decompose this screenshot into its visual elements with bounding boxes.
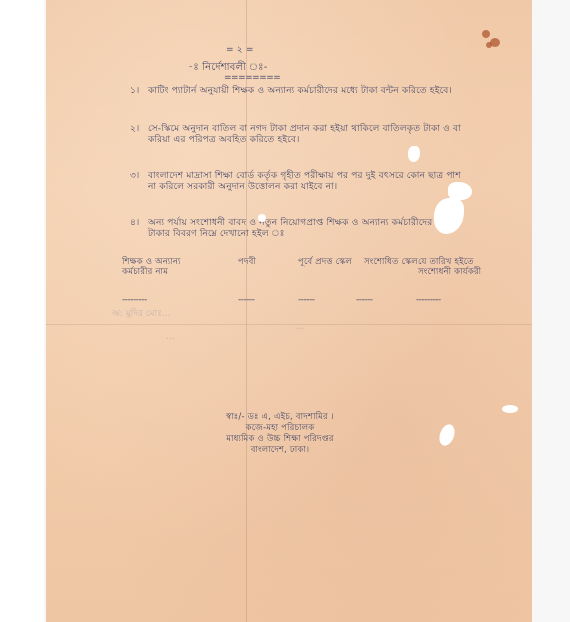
- page-number: = ২ =: [226, 45, 254, 56]
- instruction-item: ৪। অন্য পর্যায় সংশোধনী বাবদ ও নতুন নিয়…: [130, 218, 470, 254]
- item-number: ১।: [130, 86, 139, 97]
- handwritten-bleed-through: ...: [166, 332, 175, 342]
- item-number: ৩।: [130, 171, 139, 182]
- fold-crease-horizontal: [46, 324, 532, 325]
- table-dash-line: ------: [298, 295, 315, 306]
- item-number: ৪।: [130, 218, 139, 229]
- paper-hole: [437, 422, 458, 447]
- document-heading: -ঃ নির্দেশাবলী ঃ-: [188, 62, 268, 73]
- column-header-name: শিক্ষক ও অন্যান্য কর্মচারীর নাম: [122, 257, 202, 277]
- item-text: কাটিং প্যাটার্ন অনুযায়ী শিক্ষক ও অন্যান…: [148, 86, 468, 97]
- column-header-designation: পদবী: [238, 257, 278, 267]
- table-dash-line: ------: [356, 295, 373, 306]
- paper-hole: [502, 405, 518, 413]
- handwritten-bleed-through: অ: মুদির মোঃ...: [112, 306, 170, 321]
- handwritten-bleed-through: ...: [296, 322, 305, 332]
- column-header-previous-scale: পূর্বে প্রদত্ত স্কেল: [298, 257, 354, 267]
- table-dash-line: ---------: [122, 295, 147, 306]
- background-margin: [532, 0, 570, 622]
- item-text: অন্য পর্যায় সংশোধনী বাবদ ও নতুন নিয়োগপ…: [148, 218, 468, 240]
- column-header-revised-scale: সংশোধিত স্কেল: [364, 257, 420, 267]
- signature-title: কজে-মহা পরিচালক: [170, 423, 390, 434]
- item-text: বাংলাদেশ মাদ্রাসা শিক্ষা বোর্ড কর্তৃক গৃ…: [148, 171, 468, 193]
- table-dash-line: ------: [238, 295, 255, 306]
- rust-stain: [482, 30, 490, 38]
- rust-stain: [486, 42, 492, 48]
- instruction-item: ১। কাটিং প্যাটার্ন অনুযায়ী শিক্ষক ও অন্…: [130, 86, 470, 110]
- item-text: সে-স্কিমে অনুদান বাতিল বা নগদ টাকা প্রদা…: [148, 124, 468, 146]
- signature-location: বাংলাদেশ, ঢাকা।: [170, 445, 390, 456]
- paper-hole: [258, 214, 266, 222]
- heading-underline: ========: [224, 73, 280, 84]
- signature-department: মাধ্যমিক ও উচ্চ শিক্ষা পরিদপ্তর: [170, 434, 390, 445]
- item-number: ২।: [130, 124, 139, 135]
- column-header-effective-date: যে তারিখ হইতে সংশোধনী কার্যকরী: [418, 257, 492, 277]
- table-dash-line: ---------: [416, 295, 441, 306]
- instruction-item: ৩। বাংলাদেশ মাদ্রাসা শিক্ষা বোর্ড কর্তৃক…: [130, 171, 470, 207]
- signature-line: স্বাঃ/- ডঃ এ, এইচ, বাদশামির ।: [170, 412, 390, 423]
- scanned-document-page: = ২ = -ঃ নির্দেশাবলী ঃ- ======== ১। কাটি…: [46, 0, 532, 622]
